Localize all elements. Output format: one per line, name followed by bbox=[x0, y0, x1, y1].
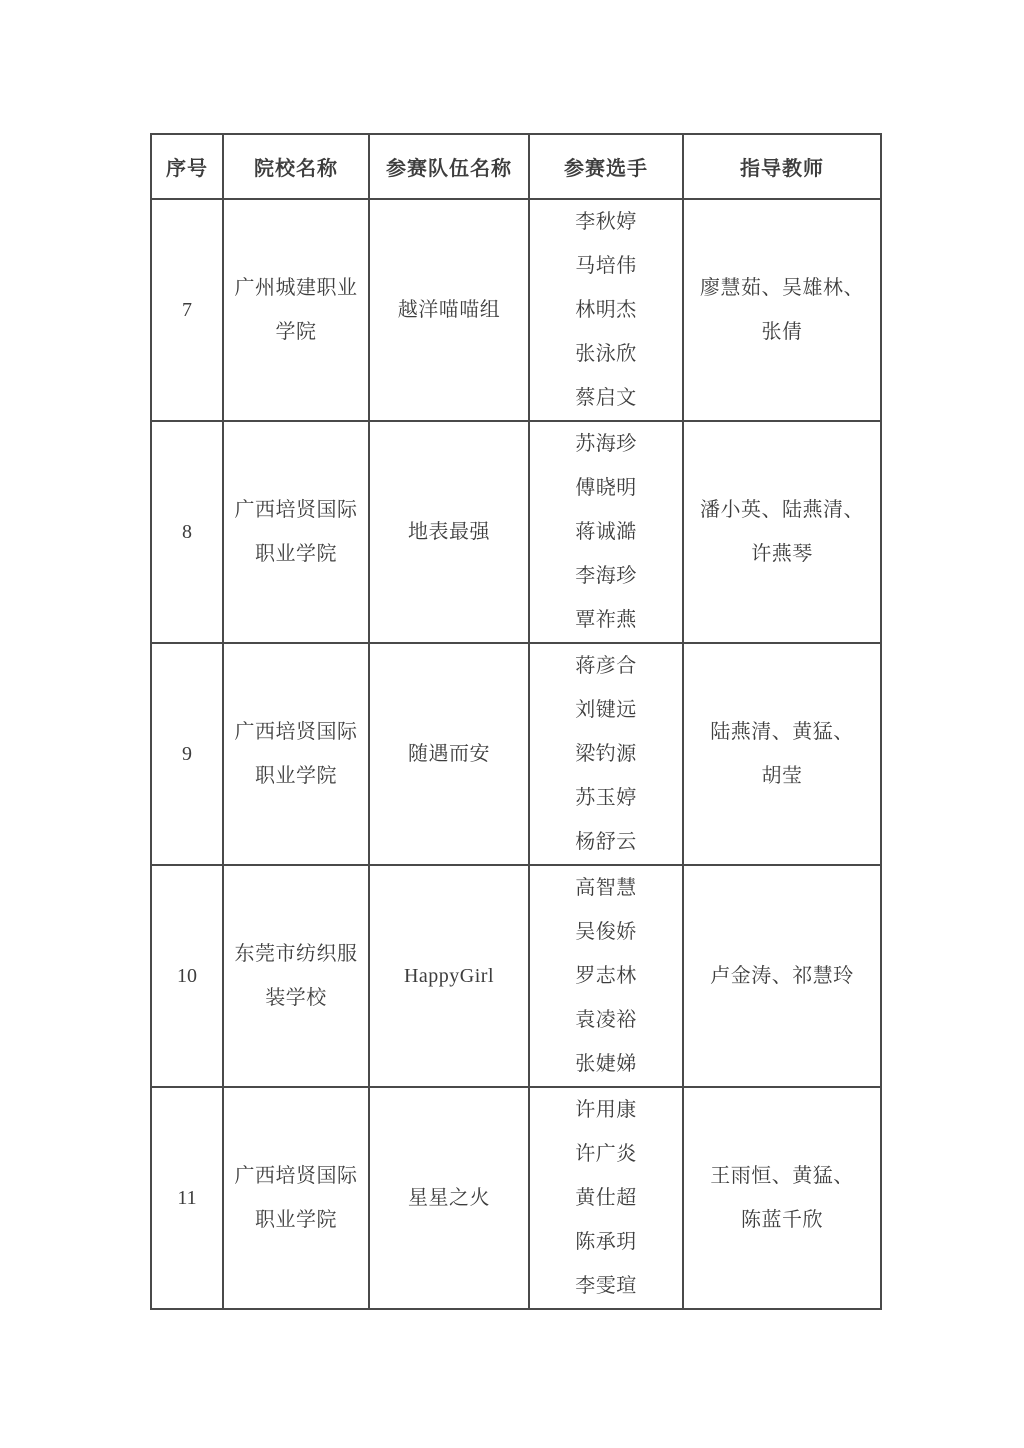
school-name-cell: 广西培贤国际职业学院 bbox=[223, 1087, 369, 1309]
team-name-text: HappyGirl bbox=[370, 954, 528, 998]
cell-text-line: 覃祚燕 bbox=[530, 598, 682, 642]
table-row: 10东莞市纺织服装学校HappyGirl高智慧吴俊娇罗志林袁凌裕张婕娣卢金涛、祁… bbox=[151, 865, 881, 1087]
instructors-cell: 王雨恒、黄猛、陈蓝千欣 bbox=[683, 1087, 881, 1309]
team-name-text: 地表最强 bbox=[370, 510, 528, 554]
school-name-cell: 广州城建职业学院 bbox=[223, 199, 369, 421]
cell-text-line: 袁凌裕 bbox=[530, 998, 682, 1042]
school-name-cell: 广西培贤国际职业学院 bbox=[223, 643, 369, 865]
header-school-name: 院校名称 bbox=[223, 134, 369, 199]
competition-table: 序号 院校名称 参赛队伍名称 参赛选手 指导教师 7广州城建职业学院越洋喵喵组李… bbox=[150, 133, 882, 1310]
serial-number-cell: 8 bbox=[151, 421, 223, 643]
cell-text-line: 王雨恒、黄猛、 bbox=[684, 1154, 880, 1198]
school-name-cell: 广西培贤国际职业学院 bbox=[223, 421, 369, 643]
cell-text-line: 李雯瑄 bbox=[530, 1264, 682, 1308]
cell-text-line: 广西培贤国际 bbox=[224, 488, 368, 532]
header-contestants: 参赛选手 bbox=[529, 134, 683, 199]
cell-text-line: 蒋彦合 bbox=[530, 644, 682, 688]
header-instructors: 指导教师 bbox=[683, 134, 881, 199]
instructors-cell: 卢金涛、祁慧玲 bbox=[683, 865, 881, 1087]
cell-text-line: 陈蓝千欣 bbox=[684, 1198, 880, 1242]
cell-text-line: 装学校 bbox=[224, 976, 368, 1020]
cell-text-line: 潘小英、陆燕清、 bbox=[684, 488, 880, 532]
team-name-cell: 越洋喵喵组 bbox=[369, 199, 529, 421]
team-name-cell: HappyGirl bbox=[369, 865, 529, 1087]
competition-table-container: 序号 院校名称 参赛队伍名称 参赛选手 指导教师 7广州城建职业学院越洋喵喵组李… bbox=[150, 133, 882, 1310]
cell-text-line: 廖慧茹、吴雄林、 bbox=[684, 266, 880, 310]
cell-text-line: 杨舒云 bbox=[530, 820, 682, 864]
cell-text-line: 广西培贤国际 bbox=[224, 1154, 368, 1198]
table-body: 7广州城建职业学院越洋喵喵组李秋婷马培伟林明杰张泳欣蔡启文廖慧茹、吴雄林、张倩8… bbox=[151, 199, 881, 1309]
team-name-cell: 随遇而安 bbox=[369, 643, 529, 865]
team-name-text: 随遇而安 bbox=[370, 732, 528, 776]
team-name-cell: 地表最强 bbox=[369, 421, 529, 643]
cell-text-line: 罗志林 bbox=[530, 954, 682, 998]
contestants-cell: 蒋彦合刘键远梁钓源苏玉婷杨舒云 bbox=[529, 643, 683, 865]
cell-text-line: 林明杰 bbox=[530, 288, 682, 332]
table-row: 9广西培贤国际职业学院随遇而安蒋彦合刘键远梁钓源苏玉婷杨舒云陆燕清、黄猛、胡莹 bbox=[151, 643, 881, 865]
cell-text-line: 许广炎 bbox=[530, 1132, 682, 1176]
instructors-cell: 陆燕清、黄猛、胡莹 bbox=[683, 643, 881, 865]
cell-text-line: 蔡启文 bbox=[530, 376, 682, 420]
team-name-text: 越洋喵喵组 bbox=[370, 288, 528, 332]
cell-text-line: 卢金涛、祁慧玲 bbox=[684, 954, 880, 998]
serial-number-cell: 7 bbox=[151, 199, 223, 421]
instructors-cell: 潘小英、陆燕清、许燕琴 bbox=[683, 421, 881, 643]
table-row: 8广西培贤国际职业学院地表最强苏海珍傅晓明蒋诚澔李海珍覃祚燕潘小英、陆燕清、许燕… bbox=[151, 421, 881, 643]
table-row: 11广西培贤国际职业学院星星之火许用康许广炎黄仕超陈承玥李雯瑄王雨恒、黄猛、陈蓝… bbox=[151, 1087, 881, 1309]
table-header-row: 序号 院校名称 参赛队伍名称 参赛选手 指导教师 bbox=[151, 134, 881, 199]
cell-text-line: 张倩 bbox=[684, 310, 880, 354]
header-team-name: 参赛队伍名称 bbox=[369, 134, 529, 199]
cell-text-line: 吴俊娇 bbox=[530, 910, 682, 954]
cell-text-line: 梁钓源 bbox=[530, 732, 682, 776]
cell-text-line: 李秋婷 bbox=[530, 200, 682, 244]
cell-text-line: 广州城建职业 bbox=[224, 266, 368, 310]
serial-number-cell: 10 bbox=[151, 865, 223, 1087]
serial-number-cell: 9 bbox=[151, 643, 223, 865]
cell-text-line: 刘键远 bbox=[530, 688, 682, 732]
cell-text-line: 李海珍 bbox=[530, 554, 682, 598]
cell-text-line: 黄仕超 bbox=[530, 1176, 682, 1220]
contestants-cell: 高智慧吴俊娇罗志林袁凌裕张婕娣 bbox=[529, 865, 683, 1087]
cell-text-line: 许用康 bbox=[530, 1088, 682, 1132]
cell-text-line: 张婕娣 bbox=[530, 1042, 682, 1086]
contestants-cell: 苏海珍傅晓明蒋诚澔李海珍覃祚燕 bbox=[529, 421, 683, 643]
serial-number-cell: 11 bbox=[151, 1087, 223, 1309]
cell-text-line: 蒋诚澔 bbox=[530, 510, 682, 554]
cell-text-line: 胡莹 bbox=[684, 754, 880, 798]
team-name-text: 星星之火 bbox=[370, 1176, 528, 1220]
cell-text-line: 苏玉婷 bbox=[530, 776, 682, 820]
contestants-cell: 李秋婷马培伟林明杰张泳欣蔡启文 bbox=[529, 199, 683, 421]
cell-text-line: 陈承玥 bbox=[530, 1220, 682, 1264]
cell-text-line: 学院 bbox=[224, 310, 368, 354]
school-name-cell: 东莞市纺织服装学校 bbox=[223, 865, 369, 1087]
cell-text-line: 许燕琴 bbox=[684, 532, 880, 576]
cell-text-line: 张泳欣 bbox=[530, 332, 682, 376]
contestants-cell: 许用康许广炎黄仕超陈承玥李雯瑄 bbox=[529, 1087, 683, 1309]
table-row: 7广州城建职业学院越洋喵喵组李秋婷马培伟林明杰张泳欣蔡启文廖慧茹、吴雄林、张倩 bbox=[151, 199, 881, 421]
header-serial-number: 序号 bbox=[151, 134, 223, 199]
cell-text-line: 苏海珍 bbox=[530, 422, 682, 466]
cell-text-line: 马培伟 bbox=[530, 244, 682, 288]
cell-text-line: 傅晓明 bbox=[530, 466, 682, 510]
cell-text-line: 陆燕清、黄猛、 bbox=[684, 710, 880, 754]
cell-text-line: 东莞市纺织服 bbox=[224, 932, 368, 976]
cell-text-line: 广西培贤国际 bbox=[224, 710, 368, 754]
cell-text-line: 高智慧 bbox=[530, 866, 682, 910]
cell-text-line: 职业学院 bbox=[224, 532, 368, 576]
team-name-cell: 星星之火 bbox=[369, 1087, 529, 1309]
instructors-cell: 廖慧茹、吴雄林、张倩 bbox=[683, 199, 881, 421]
cell-text-line: 职业学院 bbox=[224, 1198, 368, 1242]
cell-text-line: 职业学院 bbox=[224, 754, 368, 798]
